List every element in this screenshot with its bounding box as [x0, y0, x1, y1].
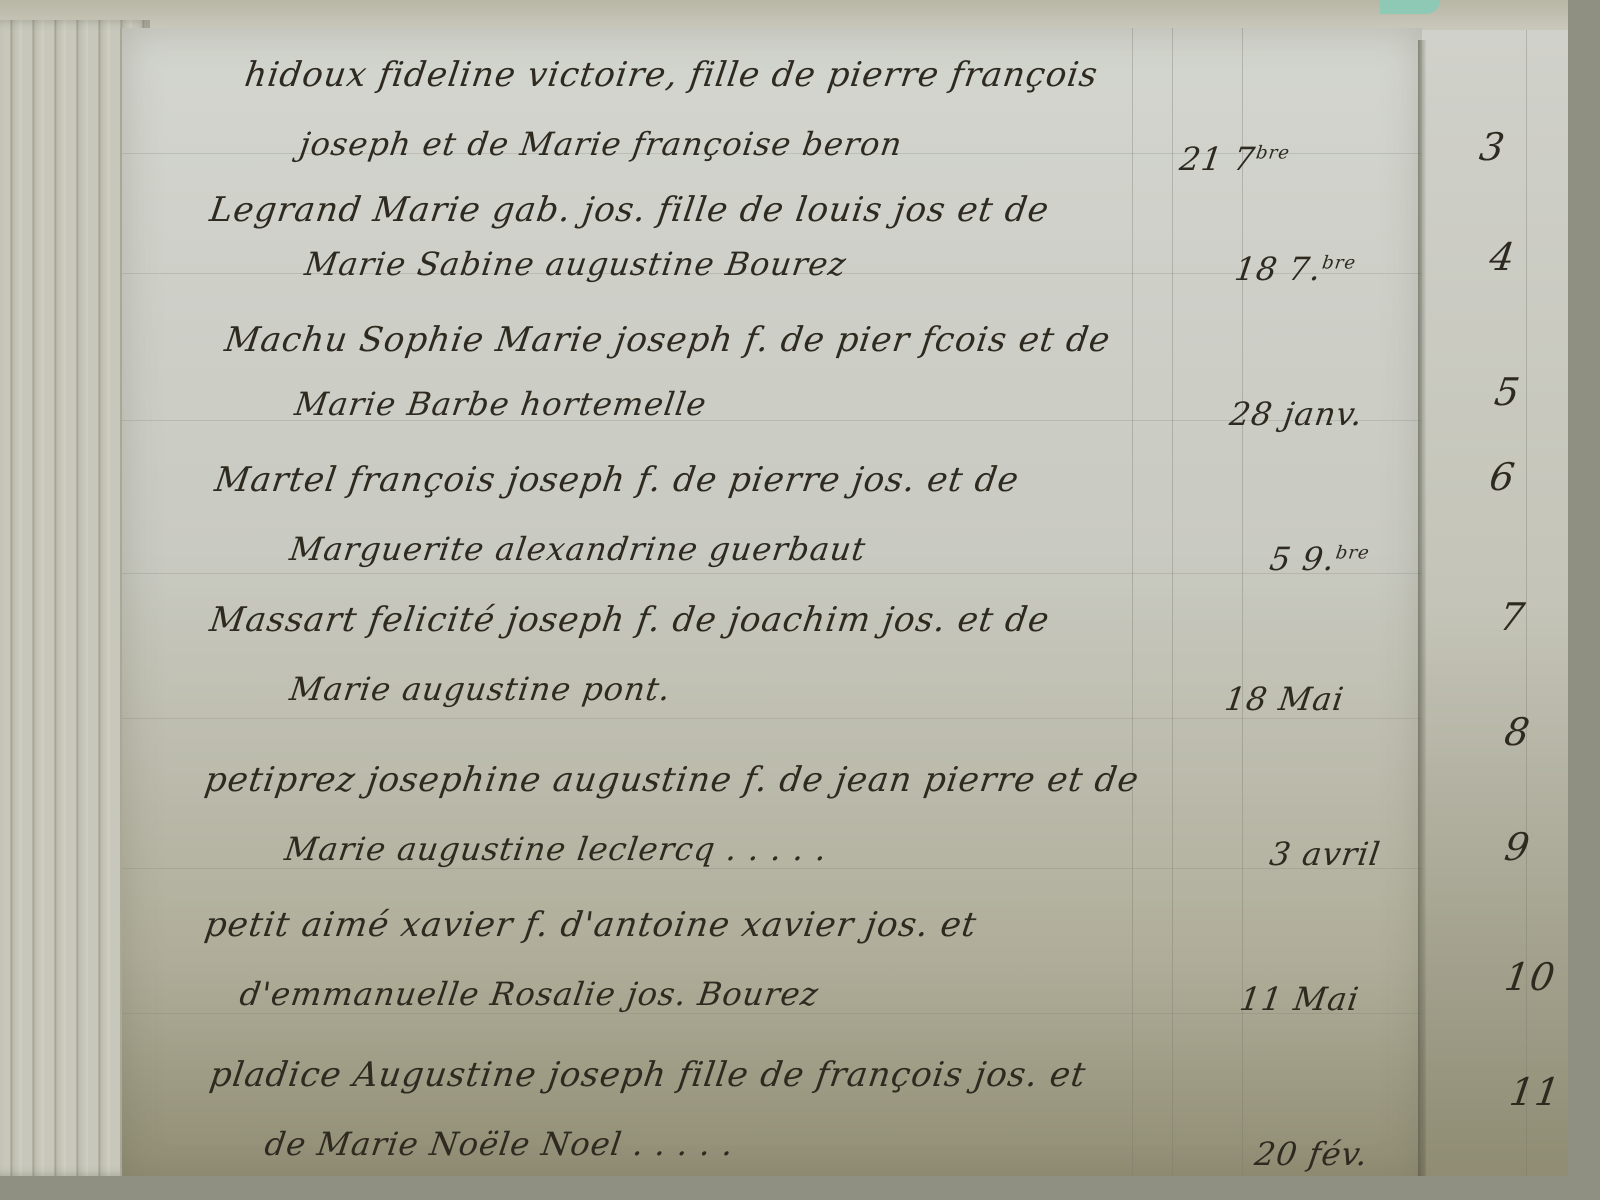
date-day: 5	[1267, 540, 1294, 578]
entry-line-1: Machu Sophie Marie joseph f. de pier fco…	[222, 320, 1113, 360]
column-rule	[1132, 28, 1133, 1176]
entry-date: 21 7bre	[1177, 140, 1291, 178]
entry-date: 28 janv.	[1227, 395, 1365, 433]
margin-number: 11	[1507, 1070, 1564, 1114]
row-rule	[122, 718, 1422, 719]
date-day: 18	[1222, 680, 1270, 718]
entry-line-1: pladice Augustine joseph fille de franço…	[207, 1055, 1088, 1095]
date-month-sup: bre	[1334, 542, 1371, 563]
book-gutter	[1418, 40, 1426, 1176]
entry-date: 18 Mai	[1222, 680, 1346, 718]
entry-line-2: Marguerite alexandrine guerbaut	[287, 530, 868, 568]
entry-line-2: Marie Barbe hortemelle	[292, 385, 709, 423]
entry-line-1: Legrand Marie gab. jos. fille de louis j…	[207, 190, 1052, 230]
date-month: Mai	[1276, 680, 1346, 718]
date-day: 3	[1267, 835, 1294, 873]
date-day: 21	[1177, 140, 1225, 178]
date-day: 11	[1237, 980, 1285, 1018]
row-rule	[122, 868, 1422, 869]
entry-line-1: petit aimé xavier f. d'antoine xavier jo…	[202, 905, 979, 945]
margin-number: 10	[1502, 955, 1559, 999]
background-surface	[1380, 0, 1440, 14]
entry-date: 18 7.bre	[1232, 250, 1358, 288]
entry-line-1: hidoux fideline victoire, fille de pierr…	[242, 55, 1100, 95]
date-month: avril	[1300, 835, 1383, 873]
date-month: fév.	[1306, 1135, 1371, 1173]
entry-line-1: Massart felicité joseph f. de joachim jo…	[207, 600, 1052, 640]
date-month-sup: bre	[1321, 252, 1358, 273]
entry-date: 20 fév.	[1252, 1135, 1370, 1173]
book-top-edge	[0, 0, 1568, 30]
entry-line-2: de Marie Noële Noel . . . . .	[262, 1125, 736, 1163]
entry-line-2: Marie augustine pont.	[287, 670, 673, 708]
row-rule	[122, 1013, 1422, 1014]
date-month: 9.	[1300, 540, 1338, 578]
date-day: 18	[1232, 250, 1280, 288]
row-rule	[122, 573, 1422, 574]
facing-page	[1426, 30, 1568, 1176]
date-month: Mai	[1291, 980, 1361, 1018]
entry-line-1: petiprez josephine augustine f. de jean …	[202, 760, 1141, 800]
date-day: 28	[1227, 395, 1275, 433]
entry-date: 11 Mai	[1237, 980, 1361, 1018]
entry-line-2: joseph et de Marie françoise beron	[297, 125, 905, 163]
date-day: 20	[1252, 1135, 1300, 1173]
date-month: 7.	[1286, 250, 1324, 288]
date-month-sup: bre	[1255, 142, 1292, 163]
entry-line-2: Marie augustine leclercq . . . . .	[282, 830, 830, 868]
column-rule	[1172, 28, 1173, 1176]
entry-line-2: Marie Sabine augustine Bourez	[302, 245, 849, 283]
entry-date: 5 9.bre	[1267, 540, 1371, 578]
entry-line-1: Martel françois joseph f. de pierre jos.…	[212, 460, 1022, 500]
entry-line-2: d'emmanuelle Rosalie jos. Bourez	[237, 975, 821, 1013]
date-month: janv.	[1281, 395, 1365, 433]
entry-date: 3 avril	[1267, 835, 1383, 873]
